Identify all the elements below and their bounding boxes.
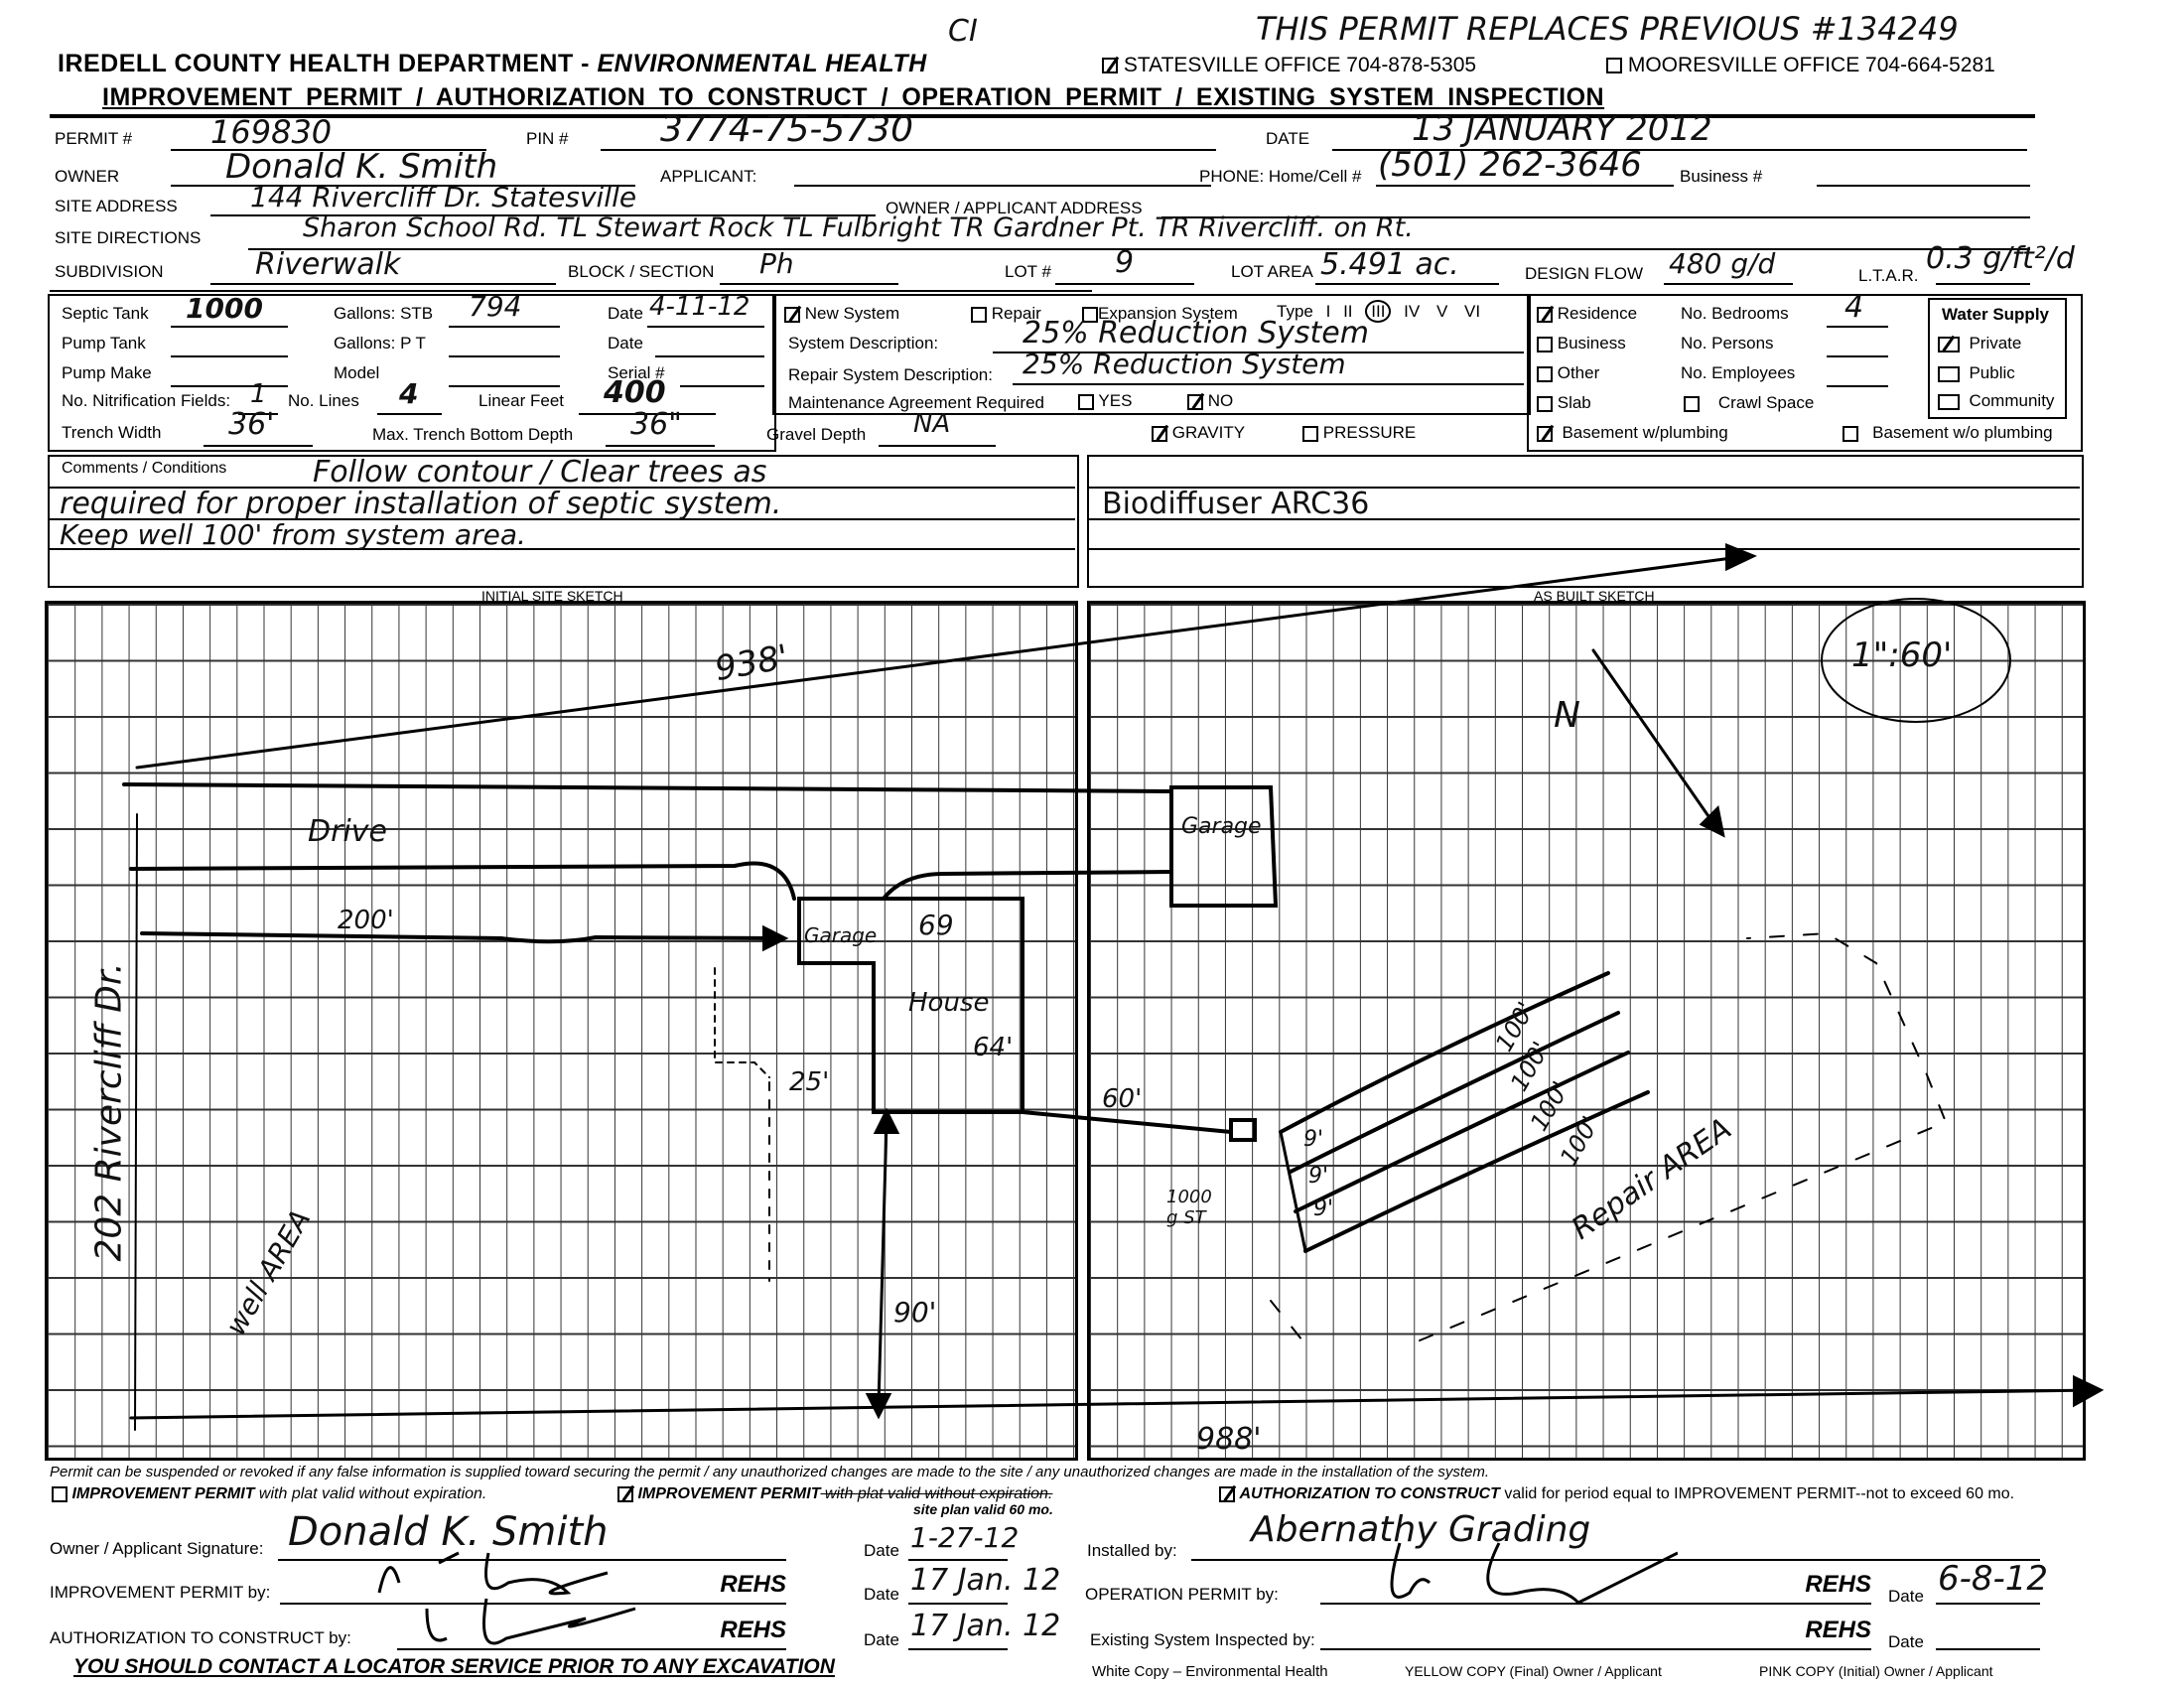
sketch-label-25: 25' [789, 1067, 829, 1097]
sketch-label-scale: 1":60' [1851, 635, 1952, 675]
sketch-label-road: 202 Rivercliff Dr. [89, 964, 130, 1262]
op-rehs: REHS [1805, 1571, 1871, 1599]
op-date-label: Date [1888, 1587, 1924, 1607]
ip-date-label: Date [864, 1585, 899, 1605]
owner-date-value: 1-27-12 [910, 1521, 1019, 1554]
pink-copy-note: PINK COPY (Initial) Owner / Applicant [1759, 1663, 1993, 1679]
atc-signature-scribble [407, 1589, 665, 1658]
sketch-label-garage-1: Garage [804, 923, 877, 947]
ip1-bold: IMPROVEMENT PERMIT [71, 1485, 254, 1502]
ip1-option[interactable]: IMPROVEMENT PERMIT with plat valid witho… [52, 1485, 486, 1503]
sketch-label-drive: Drive [308, 814, 387, 849]
atc-date-value: 17 Jan. 12 [910, 1609, 1060, 1643]
sketch-label-house: House [908, 988, 989, 1018]
op-date-value: 6-8-12 [1938, 1559, 2048, 1599]
sketch-label-90: 90' [893, 1296, 936, 1329]
op-by-label: OPERATION PERMIT by: [1085, 1585, 1279, 1605]
ip1-checkbox[interactable] [52, 1486, 68, 1502]
existing-signature-field[interactable]: REHS [1320, 1619, 1871, 1650]
sketch-label-988: 988' [1196, 1422, 1262, 1457]
sketch-label-garage-2: Garage [1181, 814, 1262, 839]
sketch-label-69: 69 [918, 909, 954, 941]
sketch-label-spacing-1: 9' [1303, 1127, 1323, 1152]
sketch-label-200: 200' [338, 906, 394, 935]
sketch-label-60: 60' [1102, 1084, 1142, 1114]
atc-by-label: AUTHORIZATION TO CONSTRUCT by: [50, 1628, 351, 1648]
ip1-text: with plat valid without expiration. [254, 1485, 486, 1502]
op-signature-field[interactable]: REHS [1320, 1573, 1871, 1605]
ip-date-value: 17 Jan. 12 [910, 1563, 1060, 1598]
op-signature-scribble [1380, 1533, 1678, 1613]
atc-signature-field[interactable]: REHS [397, 1619, 786, 1650]
owner-date-label: Date [864, 1541, 899, 1561]
existing-date-label: Date [1888, 1632, 1924, 1652]
existing-rehs: REHS [1805, 1617, 1871, 1644]
sketch-label-tank: 1000 g ST [1166, 1187, 1226, 1228]
atc-checkbox[interactable] [1219, 1486, 1235, 1502]
ip-rehs: REHS [720, 1571, 786, 1599]
ip-date-field[interactable]: 17 Jan. 12 [908, 1573, 1008, 1605]
revocation-warning: Permit can be suspended or revoked if an… [50, 1464, 1489, 1480]
op-date-field[interactable]: 6-8-12 [1936, 1573, 2040, 1605]
atc-bold: AUTHORIZATION TO CONSTRUCT [1239, 1485, 1500, 1502]
yellow-copy-note: YELLOW COPY (Final) Owner / Applicant [1405, 1663, 1662, 1679]
installed-label: Installed by: [1087, 1541, 1177, 1561]
atc-option[interactable]: AUTHORIZATION TO CONSTRUCT valid for per… [1219, 1485, 2014, 1503]
locator-notice: YOU SHOULD CONTACT A LOCATOR SERVICE PRI… [73, 1655, 835, 1679]
ip-by-label: IMPROVEMENT PERMIT by: [50, 1583, 270, 1603]
existing-date-field[interactable] [1936, 1619, 2040, 1650]
sketch-label-spacing-2: 9' [1308, 1164, 1328, 1189]
existing-label: Existing System Inspected by: [1090, 1630, 1315, 1650]
white-copy-note: White Copy – Environmental Health [1092, 1663, 1328, 1680]
sketch-label-north: N [1554, 695, 1580, 736]
ip2-checkbox[interactable] [617, 1486, 633, 1502]
sketch-label-64: 64' [973, 1033, 1013, 1062]
owner-sig-label: Owner / Applicant Signature: [50, 1539, 263, 1559]
atc-date-label: Date [864, 1630, 899, 1650]
ip2-bold: IMPROVEMENT PERMIT [637, 1485, 820, 1502]
ip2-text: with plat valid without expiration. [820, 1485, 1052, 1502]
atc-rehs: REHS [720, 1617, 786, 1644]
atc-date-field[interactable]: 17 Jan. 12 [908, 1619, 1008, 1650]
owner-date-field[interactable]: 1-27-12 [908, 1529, 1008, 1561]
atc-text: valid for period equal to IMPROVEMENT PE… [1500, 1485, 2014, 1502]
ip2-note: site plan valid 60 mo. [913, 1501, 1053, 1517]
sketch-label-spacing-3: 9' [1313, 1196, 1333, 1221]
